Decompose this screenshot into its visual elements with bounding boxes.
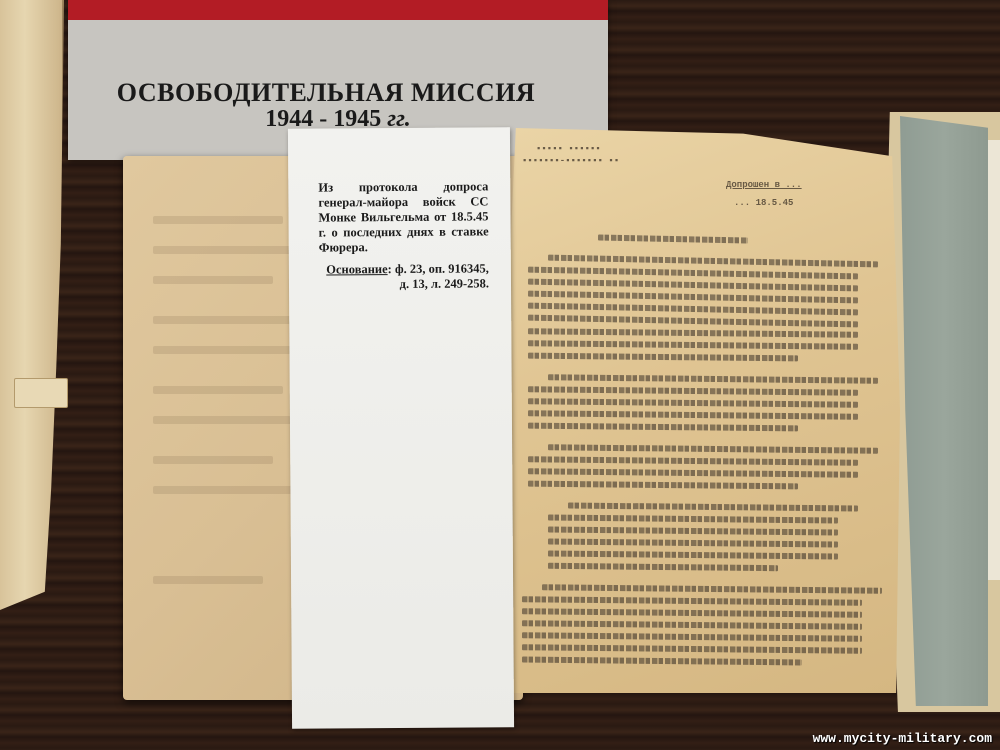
typewritten-line [528, 410, 858, 419]
typewritten-line [528, 353, 798, 362]
typewritten-line [548, 514, 838, 523]
typewritten-line [522, 657, 802, 666]
typewritten-line [568, 502, 858, 511]
banner-red-stripe [68, 0, 608, 20]
typewritten-line [528, 481, 798, 490]
faint-bleedthrough-line [153, 576, 263, 584]
faint-bleedthrough-line [153, 246, 293, 254]
faint-bleedthrough-line [153, 456, 273, 464]
faint-bleedthrough-line [153, 216, 283, 224]
gray-folder [900, 116, 988, 706]
typewritten-line [548, 550, 838, 559]
typewritten-line [548, 444, 878, 453]
typewritten-line [528, 267, 858, 280]
typewritten-line [548, 563, 778, 571]
typewritten-line [528, 386, 858, 395]
typewritten-line [522, 632, 862, 642]
typewritten-line [528, 340, 858, 349]
typewritten-line [522, 620, 862, 630]
explanatory-label-card: Из протокола допроса генерал-майора войс… [288, 127, 514, 729]
doc-header-right: Допрошен в ... [726, 180, 802, 190]
typewritten-line [528, 398, 858, 407]
folder-tab [14, 378, 68, 408]
typewritten-line [598, 234, 748, 243]
typewritten-line [528, 456, 858, 465]
watermark: www.mycity-military.com [813, 731, 992, 746]
label-basis: Основание: ф. 23, оп. 916345, д. 13, л. … [319, 261, 489, 292]
faint-bleedthrough-line [153, 276, 273, 284]
doc-header-date: ... 18.5.45 [734, 198, 793, 208]
faint-bleedthrough-line [153, 316, 303, 324]
typewritten-line [548, 255, 878, 268]
label-description: Из протокола допроса генерал-майора войс… [318, 179, 489, 255]
faint-bleedthrough-line [153, 346, 293, 354]
typewritten-line [528, 328, 858, 337]
document-right-page: ▪▪▪▪▪ ▪▪▪▪▪▪ ▪▪▪▪▪▪▪-▪▪▪▪▪▪▪ ▪▪ Допрошен… [508, 128, 900, 693]
faint-bleedthrough-line [153, 386, 283, 394]
banner-title: ОСВОБОДИТЕЛЬНАЯ МИССИЯ [46, 78, 606, 108]
typewritten-line [528, 468, 858, 477]
doc-header-left: ▪▪▪▪▪ ▪▪▪▪▪▪ [536, 144, 601, 154]
typewritten-line [522, 596, 862, 606]
doc-header-left-2: ▪▪▪▪▪▪▪-▪▪▪▪▪▪▪ ▪▪ [522, 156, 619, 166]
typewritten-line [548, 526, 838, 535]
typewritten-line [548, 538, 838, 547]
typewritten-line [542, 584, 882, 594]
typewritten-line [528, 291, 858, 304]
typewritten-line [528, 315, 858, 328]
typewritten-line [522, 644, 862, 654]
typewritten-line [548, 374, 878, 383]
faint-bleedthrough-line [153, 486, 293, 494]
typewritten-line [522, 608, 862, 618]
typewritten-line [528, 279, 858, 292]
typewritten-line [528, 303, 858, 316]
faint-bleedthrough-line [153, 416, 303, 424]
typewritten-line [528, 423, 798, 432]
